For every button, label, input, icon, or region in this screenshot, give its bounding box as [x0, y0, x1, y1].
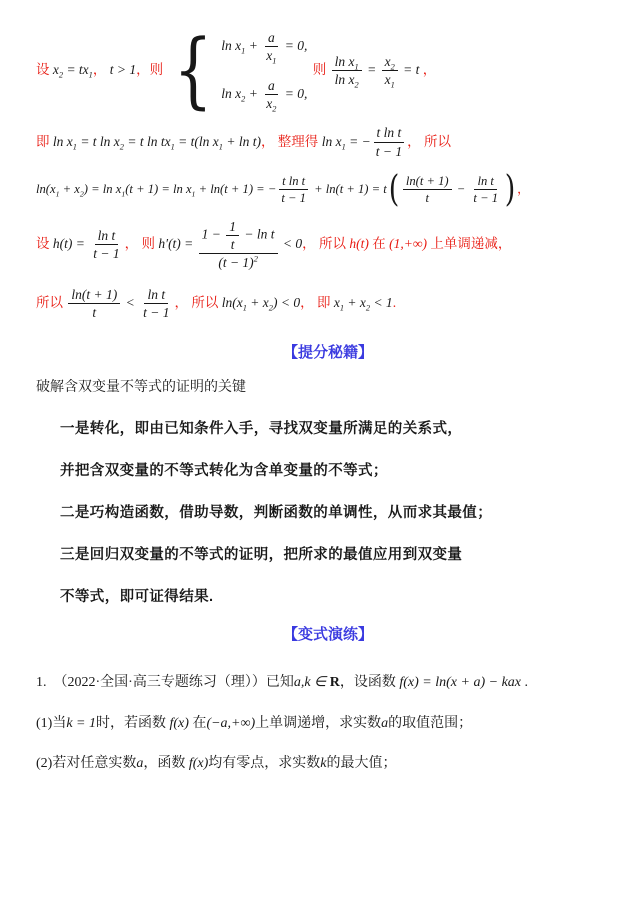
math-line-sum-expansion: ln(x1 + x2) = ln x1(t + 1) = ln x1 + ln(…	[36, 172, 620, 208]
question-1-part-1: (1)当k = 1时，若函数 f(x) 在(−a,+∞)上单调递增，求实数a的取…	[36, 715, 620, 733]
math-text: ln x1 = −	[322, 134, 371, 151]
math-text: x1	[266, 48, 276, 63]
big-paren: (	[389, 172, 400, 208]
fraction-numerator: 1 − 1t − ln t	[199, 219, 278, 254]
math-text: <	[122, 295, 138, 312]
math-text: x1	[385, 72, 395, 87]
math-text: ln(t + 1)	[406, 174, 449, 188]
text-run: 即	[36, 134, 53, 151]
fraction-numerator: ln x1	[332, 54, 362, 71]
text-run: ，	[93, 62, 110, 79]
equation-row: ln x2 + ax2 = 0,	[221, 78, 307, 111]
fraction-numerator: ln(t + 1)	[403, 174, 452, 190]
paragraph-point-1: 一是转化，即由已知条件入手，寻找双变量所满足的关系式，	[60, 417, 620, 438]
math-fraction: ln tt − 1	[90, 228, 122, 261]
fraction-numerator: ln t	[95, 228, 119, 245]
math-line-log-relation: 即 ln x1 = t ln x2 = t ln tx1 = t(ln x1 +…	[36, 125, 620, 158]
math-fraction: ln(t + 1)t	[68, 287, 120, 320]
math-text: ln x2 +	[221, 86, 261, 103]
fraction-numerator: 1	[226, 219, 239, 236]
paragraph-point-4: 三是回归双变量的不等式的证明，把所求的最值应用到双变量	[60, 543, 620, 564]
math-text: h(t) =	[53, 236, 88, 253]
text-run: (2)若对任意实数	[36, 755, 136, 773]
fraction-numerator: t ln t	[279, 174, 308, 190]
math-text: =	[364, 62, 380, 79]
fraction-numerator: t ln t	[374, 125, 405, 142]
text-run: 设	[36, 62, 53, 79]
fraction-denominator: t	[228, 236, 238, 252]
equation-row: ln x1 + ax1 = 0,	[221, 30, 307, 63]
math-text: h(t)	[349, 236, 369, 253]
math-text: ln t	[147, 287, 165, 302]
math-text: a	[381, 715, 388, 733]
math-text: t − 1	[143, 305, 169, 320]
math-line-h-function: 设 h(t) = ln tt − 1， 则 h′(t) = 1 − 1t − l…	[36, 219, 620, 270]
text-run: 时，若函数	[96, 715, 170, 733]
text-run: 所以	[36, 295, 66, 312]
text-run: ， 即	[300, 295, 334, 312]
math-text: t − 1	[376, 144, 402, 159]
fraction-denominator: x1	[263, 47, 279, 63]
math-fraction: ax1	[263, 30, 279, 63]
text-run: (1)当	[36, 715, 66, 733]
math-fraction: t ln tt − 1	[373, 125, 405, 158]
math-fraction: ln(t + 1)t	[403, 174, 452, 205]
math-text: x2	[266, 96, 276, 111]
math-text: a	[268, 78, 275, 93]
math-fraction: ln x1ln x2	[332, 54, 362, 87]
equation-system: {ln x1 + ax1 = 0,ln x2 + ax2 = 0,	[167, 30, 307, 111]
fraction-denominator: ln x2	[332, 71, 362, 87]
fraction-numerator: ln t	[144, 287, 168, 304]
text-run: 在	[369, 236, 389, 253]
fraction-denominator: (t − 1)2	[215, 254, 261, 270]
math-text: = t	[400, 62, 420, 79]
text-run: R	[330, 674, 340, 692]
math-text: 1 −	[202, 226, 225, 241]
math-text: t − 1	[93, 246, 119, 261]
fraction-denominator: t − 1	[278, 190, 309, 205]
math-text: f(x)	[170, 715, 189, 733]
fraction-denominator: t − 1	[470, 190, 501, 205]
math-text: ln x1 = t ln x2 = t ln tx1 = t(ln x1 + l…	[53, 134, 261, 151]
fraction-denominator: t − 1	[90, 245, 122, 261]
math-text: a,k ∈	[294, 674, 330, 692]
math-text: k = 1	[66, 715, 96, 733]
math-text: (1,+∞)	[389, 236, 427, 253]
math-text: −	[454, 182, 469, 198]
text-run: .	[521, 674, 528, 692]
math-fraction: ln tt − 1	[140, 287, 172, 320]
math-text: ln t	[477, 174, 493, 188]
text-run: 的取值范围；	[388, 715, 472, 733]
fraction-denominator: x2	[263, 95, 279, 111]
text-run: ，则	[136, 62, 163, 79]
math-text: = 0,	[281, 86, 307, 103]
math-text: h′(t) =	[158, 236, 196, 253]
math-text: ln t	[98, 228, 116, 243]
text-run: .	[393, 295, 396, 312]
text-run: ， 所以	[174, 295, 221, 312]
text-run: 上单调递减，	[427, 236, 511, 253]
text-run: ， 所以	[302, 236, 349, 253]
text-run: 均有零点，求实数	[208, 755, 320, 773]
fraction-numerator: ln t	[474, 174, 496, 190]
math-text: a	[136, 755, 143, 773]
math-text: t	[92, 305, 96, 320]
math-text: ln(x1 + x2) = ln x1(t + 1) = ln x1 + ln(…	[36, 182, 276, 198]
math-text: ln(t + 1)	[71, 287, 117, 302]
math-text: ln x1	[335, 54, 359, 69]
question-1-part-2: (2)若对任意实数a，函数 f(x)均有零点，求实数k的最大值；	[36, 755, 620, 773]
fraction-numerator: a	[265, 78, 278, 95]
math-text: t > 1	[110, 62, 136, 79]
math-line-substitution: 设 x2 = tx1， t > 1，则{ln x1 + ax1 = 0,ln x…	[36, 30, 620, 111]
math-text: ln x2	[335, 72, 359, 87]
section-heading-practice: 【变式演练】	[36, 623, 620, 644]
equation-rows: ln x1 + ax1 = 0,ln x2 + ax2 = 0,	[221, 30, 307, 111]
math-text: + ln(t + 1) = t	[311, 182, 387, 198]
fraction-denominator: t	[422, 190, 432, 205]
text-run: 的最大值；	[326, 755, 396, 773]
big-paren: )	[505, 172, 516, 208]
fraction-denominator: t	[89, 304, 99, 320]
text-run: 1. （2022·全国·高三专题练习（理））已知	[36, 674, 294, 692]
math-text: a	[268, 30, 275, 45]
text-run: ，设函数	[340, 674, 400, 692]
math-text: t − 1	[281, 191, 306, 205]
math-text: f(x) = ln(x + a) − kax	[399, 674, 521, 692]
math-fraction: 1 − 1t − ln t(t − 1)2	[199, 219, 278, 270]
math-fraction: ax2	[263, 78, 279, 111]
question-1-stem: 1. （2022·全国·高三专题练习（理））已知a,k ∈ R，设函数 f(x)…	[36, 674, 620, 692]
section-heading-tips: 【提分秘籍】	[36, 341, 620, 362]
paragraph-key-point: 破解含双变量不等式的证明的关键	[36, 376, 620, 396]
math-text: 1	[229, 219, 236, 234]
math-text: (−a,+∞)	[206, 715, 255, 733]
math-text: t − 1	[473, 191, 498, 205]
fraction-denominator: t − 1	[140, 304, 172, 320]
math-text: < 0	[280, 236, 303, 253]
math-fraction: t ln tt − 1	[278, 174, 309, 205]
paragraph-point-2: 并把含双变量的不等式转化为含单变量的不等式；	[60, 459, 620, 480]
math-text: x2 = tx1	[53, 62, 93, 79]
text-run: ， 则	[125, 236, 159, 253]
text-run: ，函数	[143, 755, 189, 773]
math-text: − ln t	[241, 226, 275, 241]
math-fraction: ln tt − 1	[470, 174, 501, 205]
math-text: ln x1 +	[221, 38, 261, 55]
math-text: = 0,	[281, 38, 307, 55]
math-text: t ln t	[377, 125, 402, 140]
text-run: ， 整理得	[261, 134, 322, 151]
fraction-numerator: x2	[382, 54, 398, 71]
paragraph-point-5: 不等式，即可证得结果.	[60, 585, 620, 606]
math-text: ln(x1 + x2) < 0	[222, 295, 300, 312]
text-run: ，	[517, 182, 530, 198]
text-run: 上单调递增，求实数	[255, 715, 381, 733]
fraction-denominator: x1	[382, 71, 398, 87]
math-fraction: 1t	[226, 219, 239, 252]
math-text: x2	[385, 54, 395, 69]
left-brace-icon: {	[174, 32, 213, 110]
math-text: (t − 1)2	[218, 255, 258, 270]
math-line-conclusion: 所以 ln(t + 1)t < ln tt − 1， 所以 ln(x1 + x2…	[36, 287, 620, 320]
math-fraction: x2x1	[382, 54, 398, 87]
fraction-numerator: a	[265, 30, 278, 47]
math-text: t ln t	[282, 174, 305, 188]
paragraph-point-3: 二是巧构造函数，借助导数，判断函数的单调性，从而求其最值；	[60, 501, 620, 522]
math-text: f(x)	[189, 755, 208, 773]
fraction-numerator: ln(t + 1)	[68, 287, 120, 304]
math-text: t	[231, 237, 235, 252]
fraction-denominator: t − 1	[373, 143, 405, 159]
text-run: 则	[309, 62, 329, 79]
text-run: 在	[189, 715, 207, 733]
text-run: ， 所以	[407, 134, 451, 151]
text-run: 设	[36, 236, 53, 253]
math-text: x1 + x2 < 1	[334, 295, 393, 312]
math-text: t	[425, 191, 429, 205]
text-run: ，	[419, 62, 436, 79]
document-page: 设 x2 = tx1， t > 1，则{ln x1 + ax1 = 0,ln x…	[0, 0, 642, 773]
